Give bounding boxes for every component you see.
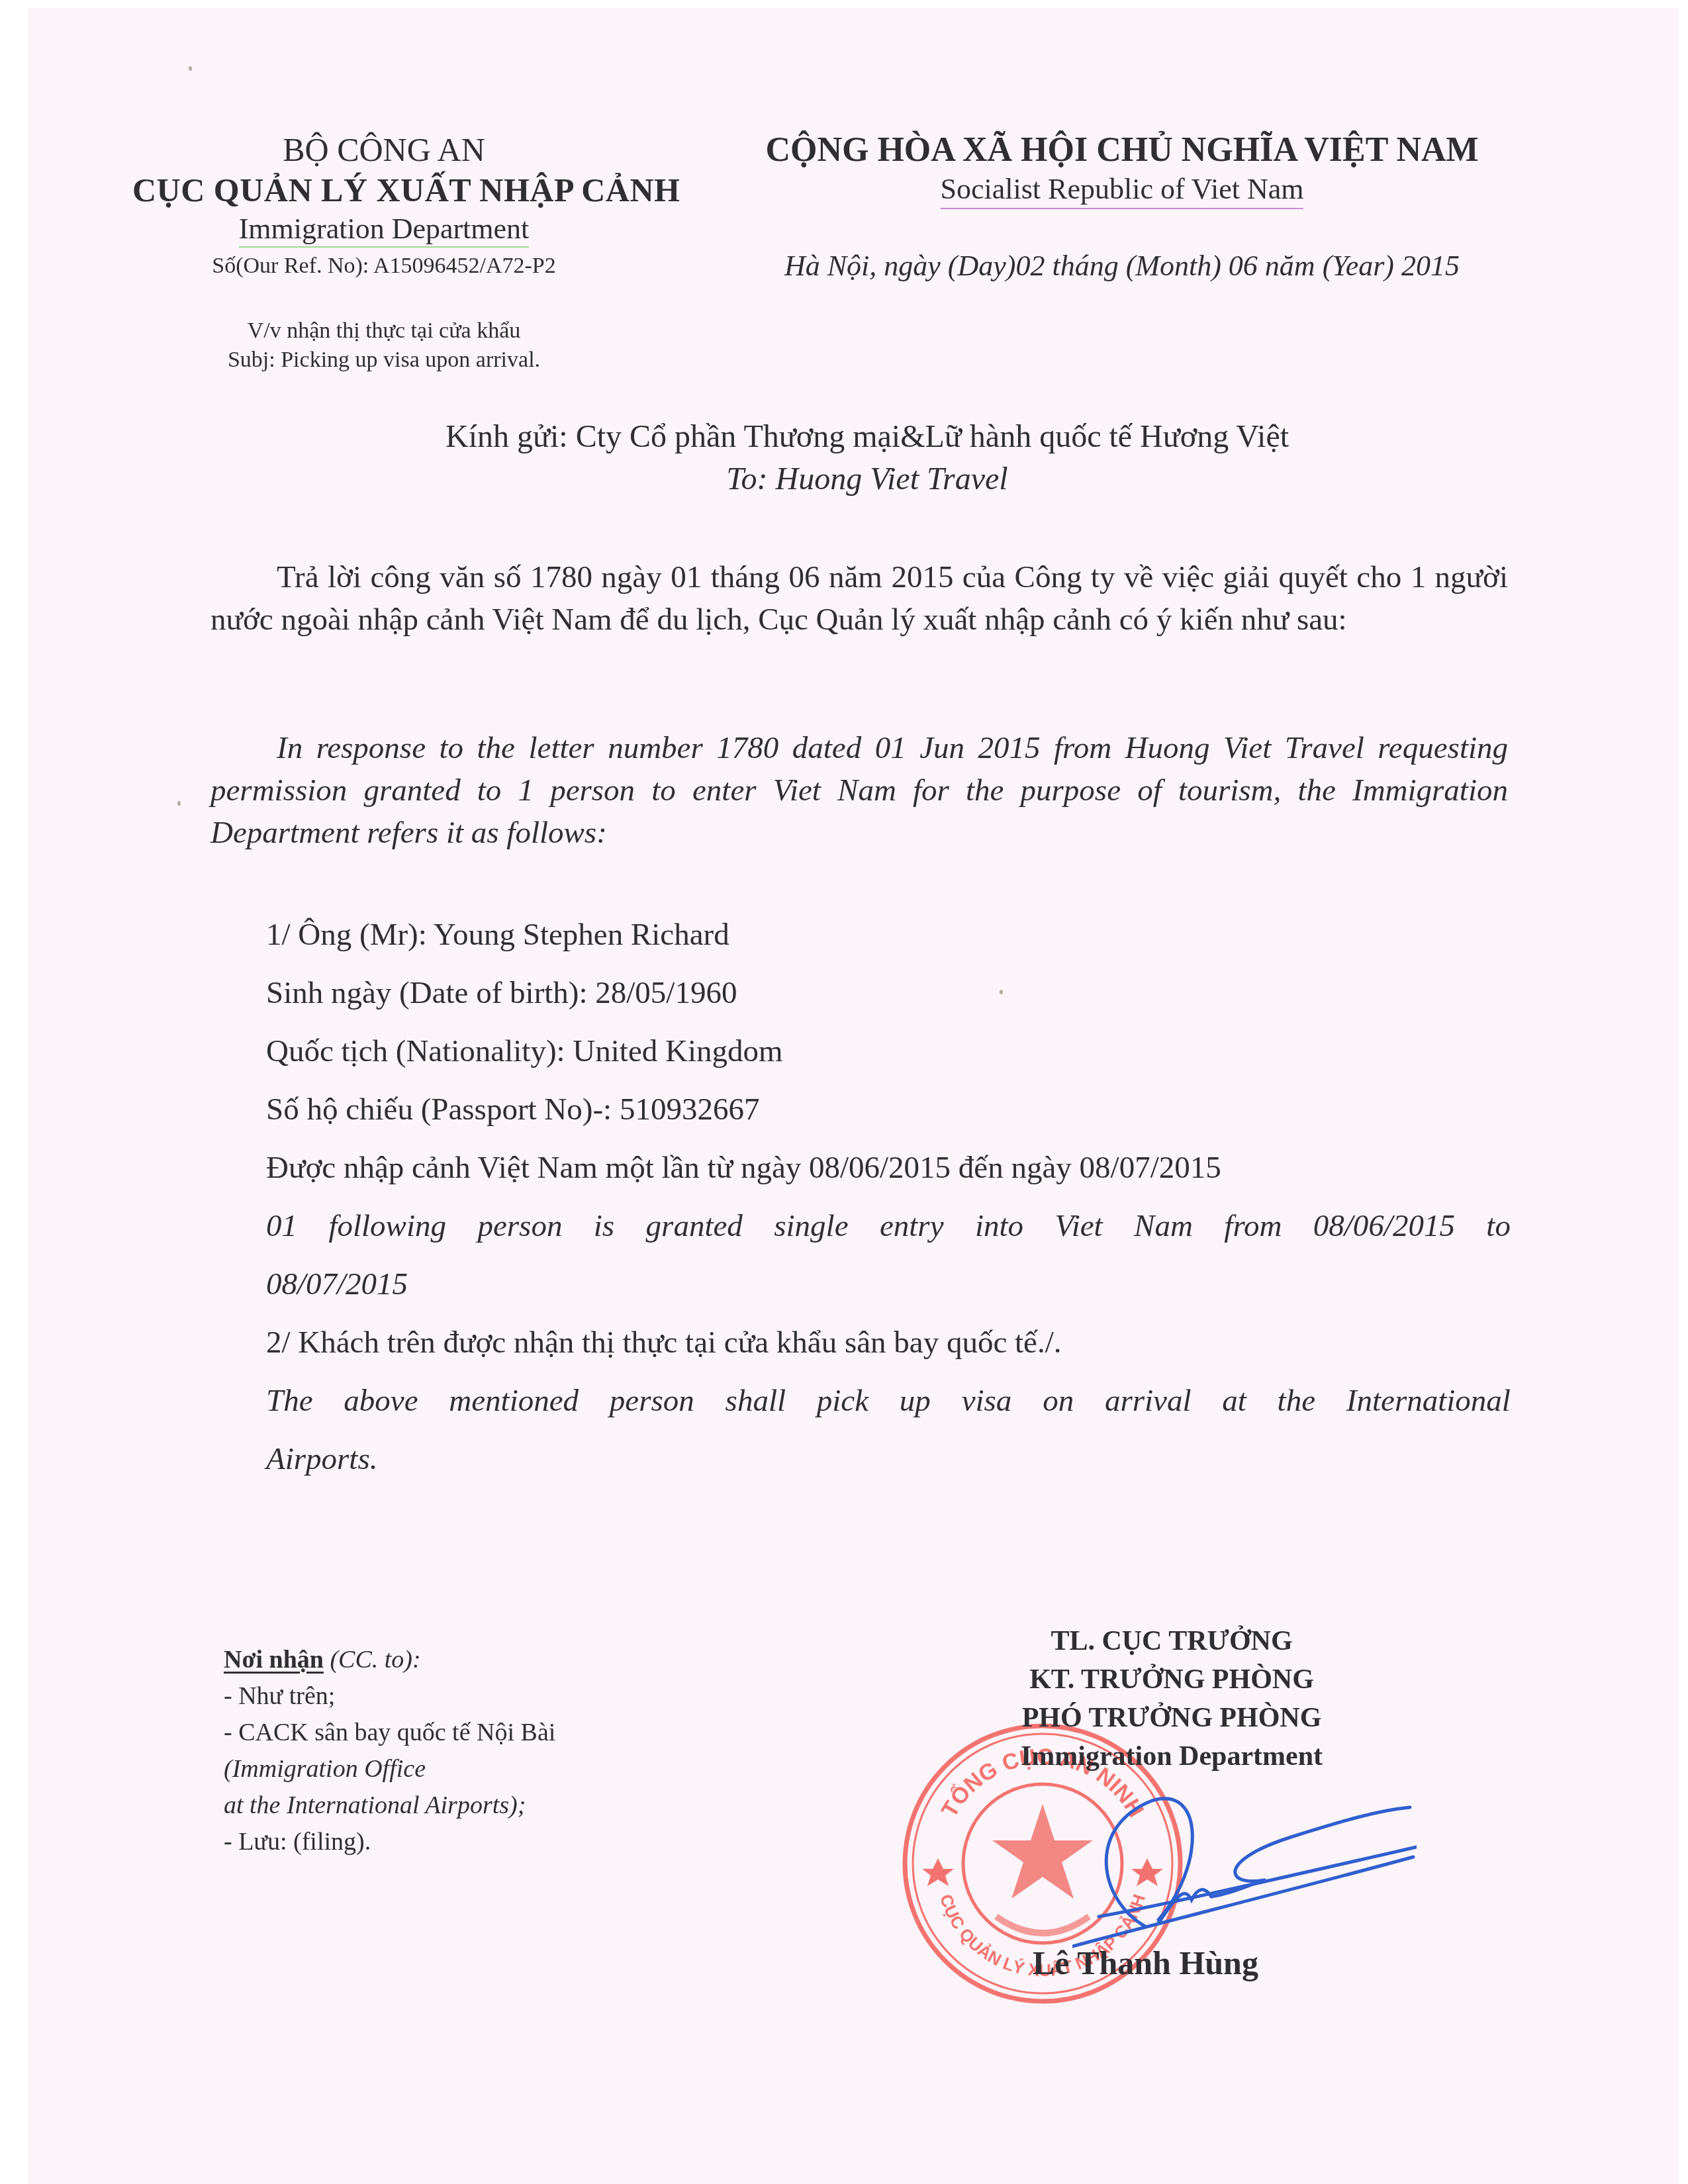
entry-en-word: into <box>975 1197 1023 1255</box>
subject-vn: V/v nhận thị thực tại cửa khẩu <box>132 316 635 346</box>
pickup-en-word: mentioned <box>449 1372 579 1430</box>
cc-item: at the International Airports); <box>224 1787 687 1824</box>
republic-name-en-text: Socialist Republic of Viet Nam <box>941 173 1304 209</box>
body-paragraph-vn-text: Trả lời công văn số 1780 ngày 01 tháng 0… <box>211 560 1508 637</box>
recipient-block: Kính gửi: Cty Cổ phần Thương mại&Lữ hành… <box>371 416 1364 500</box>
cc-item: - Lưu: (filing). <box>224 1824 687 1860</box>
guest-passport: Số hộ chiếu (Passport No)-: 510932667 <box>266 1080 1511 1139</box>
pickup-en-word: on <box>1043 1372 1074 1430</box>
cc-item: (Immigration Office <box>224 1751 687 1787</box>
handwritten-signature <box>1072 1787 1417 1953</box>
guest-dob: Sinh ngày (Date of birth): 28/05/1960 <box>266 964 1511 1022</box>
scan-speck <box>1000 990 1003 994</box>
entry-en-word: from <box>1224 1197 1282 1255</box>
body-paragraph-vn: Trả lời công văn số 1780 ngày 01 tháng 0… <box>211 556 1508 641</box>
sign-title-2: KT. TRƯỞNG PHÒNG <box>920 1660 1423 1699</box>
recipient-vn: Kính gửi: Cty Cổ phần Thương mại&Lữ hành… <box>371 416 1364 458</box>
pickup-en-word: pick <box>817 1372 868 1430</box>
stamp-small-star-icon <box>922 1858 954 1886</box>
pickup-note-en: Theabovementionedpersonshallpickupvisaon… <box>266 1372 1511 1430</box>
pickup-en-word: person <box>610 1372 694 1430</box>
body-paragraph-en: In response to the letter number 1780 da… <box>211 727 1508 854</box>
entry-en-word: granted <box>646 1197 743 1255</box>
issuer-header: BỘ CÔNG AN CỤC QUẢN LÝ XUẤT NHẬP CẢNH Im… <box>132 130 635 375</box>
scan-speck <box>177 801 181 806</box>
entry-period-vn: Được nhập cảnh Việt Nam một lần từ ngày … <box>266 1139 1511 1197</box>
entry-en-word: is <box>594 1197 614 1255</box>
date-line: Hà Nội, ngày (Day)02 tháng (Month) 06 nă… <box>728 248 1516 285</box>
entry-en-word: person <box>477 1197 562 1255</box>
cc-title-en: (CC. to): <box>324 1646 421 1674</box>
sign-title-4: Immigration Department <box>920 1737 1423 1776</box>
entry-period-en-cont: 08/07/2015 <box>266 1255 1511 1313</box>
cc-item: - Như trên; <box>224 1678 687 1715</box>
scan-speck <box>189 66 192 71</box>
recipient-en: To: Huong Viet Travel <box>371 458 1364 500</box>
reference-number: Số(Our Ref. No): A15096452/A72-P2 <box>132 250 635 282</box>
pickup-en-word: at <box>1222 1372 1246 1430</box>
pickup-en-word: above <box>344 1372 418 1430</box>
department-name-en-text: Immigration Department <box>239 213 530 248</box>
signer-name: Lê Thanh Hùng <box>1033 1943 1258 1983</box>
pickup-en-word: arrival <box>1105 1372 1192 1430</box>
pickup-note-en-cont: Airports. <box>266 1430 1511 1488</box>
entry-period-en: 01followingpersonisgrantedsingleentryint… <box>266 1197 1511 1255</box>
entry-en-word: following <box>328 1197 446 1255</box>
entry-en-word: Viet <box>1055 1197 1102 1255</box>
cc-heading: Nơi nhận (CC. to): <box>224 1642 687 1678</box>
cc-title: Nơi nhận <box>224 1646 324 1674</box>
body-paragraph-en-text: In response to the letter number 1780 da… <box>211 731 1508 850</box>
pickup-en-word: the <box>1278 1372 1315 1430</box>
sign-title-1: TL. CỤC TRƯỞNG <box>920 1622 1423 1660</box>
entry-en-word: Nam <box>1134 1197 1193 1255</box>
pickup-en-word: visa <box>962 1372 1012 1430</box>
entry-en-word: to <box>1486 1197 1511 1255</box>
pickup-en-word: up <box>900 1372 931 1430</box>
visa-details: 1/ Ông (Mr): Young Stephen Richard Sinh … <box>266 906 1511 1488</box>
signature-block: TL. CỤC TRƯỞNG KT. TRƯỞNG PHÒNG PHÓ TRƯỞ… <box>920 1622 1423 1776</box>
subject-en: Subj: Picking up visa upon arrival. <box>132 346 635 375</box>
entry-en-word: 01 <box>266 1197 297 1255</box>
republic-name-en: Socialist Republic of Viet Nam <box>728 171 1516 208</box>
entry-en-word: single <box>774 1197 848 1255</box>
pickup-note-vn: 2/ Khách trên được nhận thị thực tại cửa… <box>266 1313 1511 1372</box>
pickup-en-word: shall <box>726 1372 786 1430</box>
guest-nationality: Quốc tịch (Nationality): United Kingdom <box>266 1022 1511 1080</box>
pickup-en-word: The <box>266 1372 313 1430</box>
guest-name: 1/ Ông (Mr): Young Stephen Richard <box>266 906 1511 964</box>
cc-item: - CACK sân bay quốc tế Nội Bài <box>224 1715 687 1751</box>
republic-name-vn: CỘNG HÒA XÃ HỘI CHỦ NGHĨA VIỆT NAM <box>728 130 1516 171</box>
department-name-en: Immigration Department <box>132 211 635 248</box>
national-header: CỘNG HÒA XÃ HỘI CHỦ NGHĨA VIỆT NAM Socia… <box>728 130 1516 285</box>
ministry-name: BỘ CÔNG AN <box>132 130 635 169</box>
sign-title-3: PHÓ TRƯỞNG PHÒNG <box>920 1699 1423 1737</box>
department-name-vn: CỤC QUẢN LÝ XUẤT NHẬP CẢNH <box>132 169 635 211</box>
entry-en-word: entry <box>880 1197 944 1255</box>
cc-list: Nơi nhận (CC. to): - Như trên; - CACK sâ… <box>224 1642 687 1860</box>
entry-en-word: 08/06/2015 <box>1313 1197 1455 1255</box>
pickup-en-word: International <box>1346 1372 1511 1430</box>
